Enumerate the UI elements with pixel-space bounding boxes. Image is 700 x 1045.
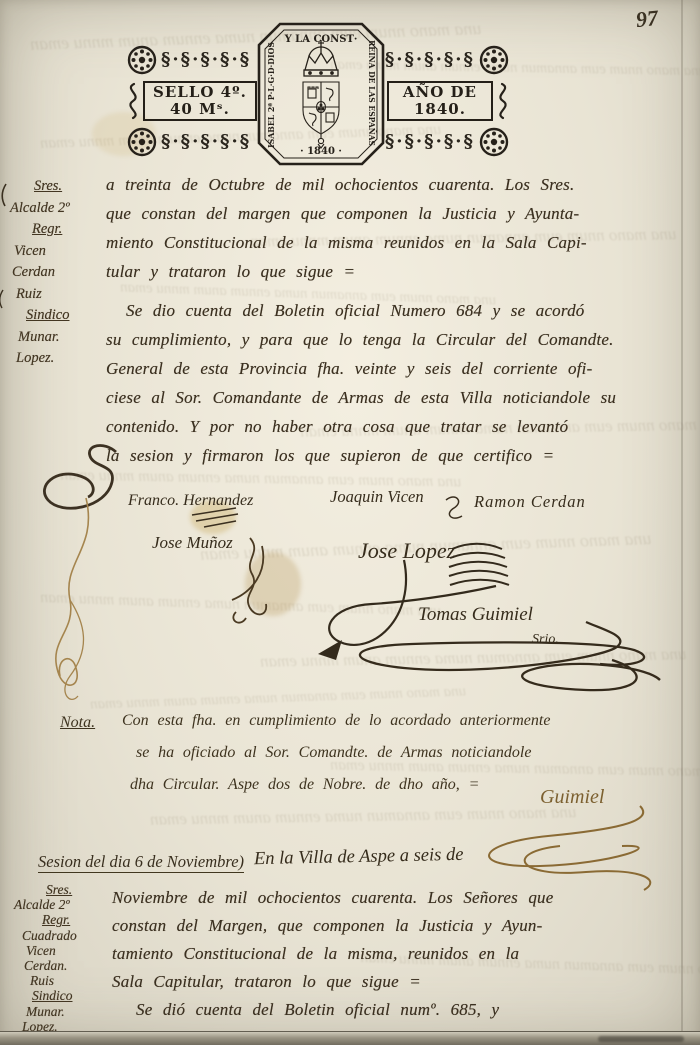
page-number: 97 bbox=[635, 5, 660, 33]
session1-paragraph-1: a treinta de Octubre de mil ochocientos … bbox=[106, 170, 691, 286]
manuscript-line: Se dio cuenta del Boletin oficial Numero… bbox=[106, 296, 691, 325]
bottom-scan-edge bbox=[0, 1031, 700, 1045]
margin-item: Regr. bbox=[42, 912, 106, 927]
margin-item: Alcalde 2º bbox=[10, 198, 104, 220]
session2-heading-title: Sesion del dia 6 de Noviembre) bbox=[38, 852, 244, 873]
margin-item: Vicen bbox=[14, 241, 104, 263]
stamp-class-box: SELLO 4º. 40 Mˢ. bbox=[143, 81, 257, 122]
margin-item: Regr. bbox=[32, 219, 104, 241]
margin-item: Vicen bbox=[26, 943, 106, 958]
manuscript-line: tamiento Constitucional de la misma, reu… bbox=[112, 940, 697, 968]
stamp-right-ornaments: §·§·§·§·§ AÑO DE 1840. bbox=[385, 40, 510, 162]
margin-item: Sindico bbox=[32, 988, 106, 1003]
manuscript-line: contenido. Y por no haber otra cosa que … bbox=[106, 412, 691, 441]
margin-item: Ruiz bbox=[16, 284, 104, 306]
margin-attendee-list-2: Sres. Alcalde 2º Regr. Cuadrado Vicen Ce… bbox=[6, 882, 106, 1034]
crown-icon bbox=[304, 40, 338, 76]
session2-heading: Sesion del dia 6 de Noviembre)En la Vill… bbox=[38, 852, 464, 873]
margin-item: Cuadrado bbox=[22, 928, 106, 943]
signature-lopez: Jose Lopez bbox=[358, 538, 455, 564]
stamp-year-box: AÑO DE 1840. bbox=[387, 81, 493, 122]
margin-item: Cerdan bbox=[12, 262, 104, 284]
scroll-ornament-row: §·§·§·§·§ bbox=[161, 51, 251, 69]
scroll-ornament-row: §·§·§·§·§ bbox=[385, 133, 475, 151]
ink-stain bbox=[245, 552, 301, 616]
bleed-line: una mano nnum eum annamun numa ennum anu… bbox=[40, 589, 442, 621]
manuscript-line: General de esta Provincia fha. veinte y … bbox=[106, 354, 691, 383]
curl-ornament-icon bbox=[126, 82, 140, 120]
nota-line: dha Circular. Aspe dos de Nobre. de dho … bbox=[130, 776, 479, 794]
left-edge-mark-1 bbox=[2, 184, 6, 206]
margin-item: Alcalde 2º bbox=[14, 897, 106, 912]
signature-vicen: Joaquin Vicen bbox=[330, 487, 424, 507]
manuscript-line: tular y trataron lo que sigue = bbox=[106, 257, 691, 286]
margin-item: Sres. bbox=[34, 176, 104, 198]
signature-munoz: Jose Muñoz bbox=[152, 533, 233, 553]
margin-item: Munar. bbox=[18, 327, 104, 349]
bleed-line: una mano nnum eum annamun numa ennum anu… bbox=[260, 644, 687, 671]
manuscript-line: Noviembre de mil ochocientos cuarenta. L… bbox=[112, 884, 697, 912]
manuscript-line: a treinta de Octubre de mil ochocientos … bbox=[106, 170, 691, 199]
manuscript-line: constan del Margen, que componen la Just… bbox=[112, 912, 697, 940]
manuscript-line: Sala Capitular, trataron lo que sigue = bbox=[112, 968, 697, 996]
margin-item: Cerdan. bbox=[24, 958, 106, 973]
manuscript-line: miento Constitucional de la misma reunid… bbox=[106, 228, 691, 257]
margin-item: Sindico bbox=[26, 305, 104, 327]
nota-line: Con esta fha. en cumplimiento de lo acor… bbox=[122, 712, 550, 730]
stamp-year-line: AÑO DE bbox=[397, 84, 483, 101]
manuscript-line: ciese al Sor. Comandante de Armas de est… bbox=[106, 383, 691, 412]
revenue-stamp: §·§·§·§·§ SELLO 4º. 40 Mˢ. bbox=[126, 22, 546, 166]
rosette-icon bbox=[126, 44, 158, 76]
scroll-ornament-row: §·§·§·§·§ bbox=[161, 133, 251, 151]
margin-item: Ruis bbox=[30, 973, 106, 988]
signature-guimiel-title: Srio. bbox=[532, 632, 559, 648]
session1-paragraph-2: Se dio cuenta del Boletin oficial Numero… bbox=[106, 296, 691, 470]
manuscript-line: la sesion y firmaron los que supieron de… bbox=[106, 441, 691, 470]
manuscript-page: una mano nnum eum annamun numa ennum anu… bbox=[0, 0, 700, 1045]
scroll-ornament-row: §·§·§·§·§ bbox=[385, 51, 475, 69]
signature-hernandez: Franco. Hernandez bbox=[128, 492, 253, 510]
vicen-rubric bbox=[446, 497, 462, 518]
curl-ornament-icon bbox=[496, 82, 510, 120]
left-edge-mark-2 bbox=[0, 290, 3, 308]
nota-signature-guimiel: Guimiel bbox=[540, 786, 604, 809]
stamp-year-value: 1840. bbox=[397, 101, 483, 118]
rosette-icon bbox=[478, 44, 510, 76]
stamp-octagon-seal: Y LA CONST· · 1840 · ISABEL 2ª P·L·G·D·D… bbox=[257, 22, 385, 166]
session2-heading-continuation: En la Villa de Aspe a seis de bbox=[254, 845, 464, 870]
manuscript-line: que constan del margen que componen la J… bbox=[106, 199, 691, 228]
signature-guimiel: Tomas Guimiel bbox=[418, 604, 533, 626]
stamp-left-ornaments: §·§·§·§·§ SELLO 4º. 40 Mˢ. bbox=[126, 40, 257, 162]
stamp-ring-right-text: REINA DE LAS ESPAÑAS bbox=[367, 40, 377, 146]
manuscript-line: su cumplimiento, y para que lo tenga la … bbox=[106, 325, 691, 354]
margin-item: Sres. bbox=[46, 882, 106, 897]
stamp-ring-left-text: ISABEL 2ª P·L·G·D·DIOS bbox=[266, 42, 276, 148]
rosette-icon bbox=[478, 126, 510, 158]
margin-attendee-list-1: Sres. Alcalde 2º Regr. Vicen Cerdan Ruiz… bbox=[8, 176, 104, 370]
stamp-value-line: 40 Mˢ. bbox=[153, 101, 247, 118]
nota-line: se ha oficiado al Sor. Comandte. de Arma… bbox=[136, 744, 531, 762]
signature-cerdan: Ramon Cerdan bbox=[474, 492, 586, 512]
margin-item: Munar. bbox=[26, 1004, 106, 1019]
coat-of-arms-shield bbox=[303, 82, 339, 148]
bleed-line: una mano nnum eum annamun numa ennum anu… bbox=[150, 802, 577, 829]
nota-label: Nota. bbox=[60, 714, 95, 732]
stamp-class-line: SELLO 4º. bbox=[153, 84, 247, 101]
rosette-icon bbox=[126, 126, 158, 158]
manuscript-line: Se dió cuenta del Boletin oficial numº. … bbox=[112, 996, 697, 1024]
page-fold-line bbox=[681, 0, 683, 1045]
session2-paragraph: Noviembre de mil ochocientos cuarenta. L… bbox=[112, 884, 697, 1024]
bleed-line: una mano nnum eum annamun numa ennum anu… bbox=[90, 683, 467, 713]
margin-item: Lopez. bbox=[16, 348, 104, 370]
